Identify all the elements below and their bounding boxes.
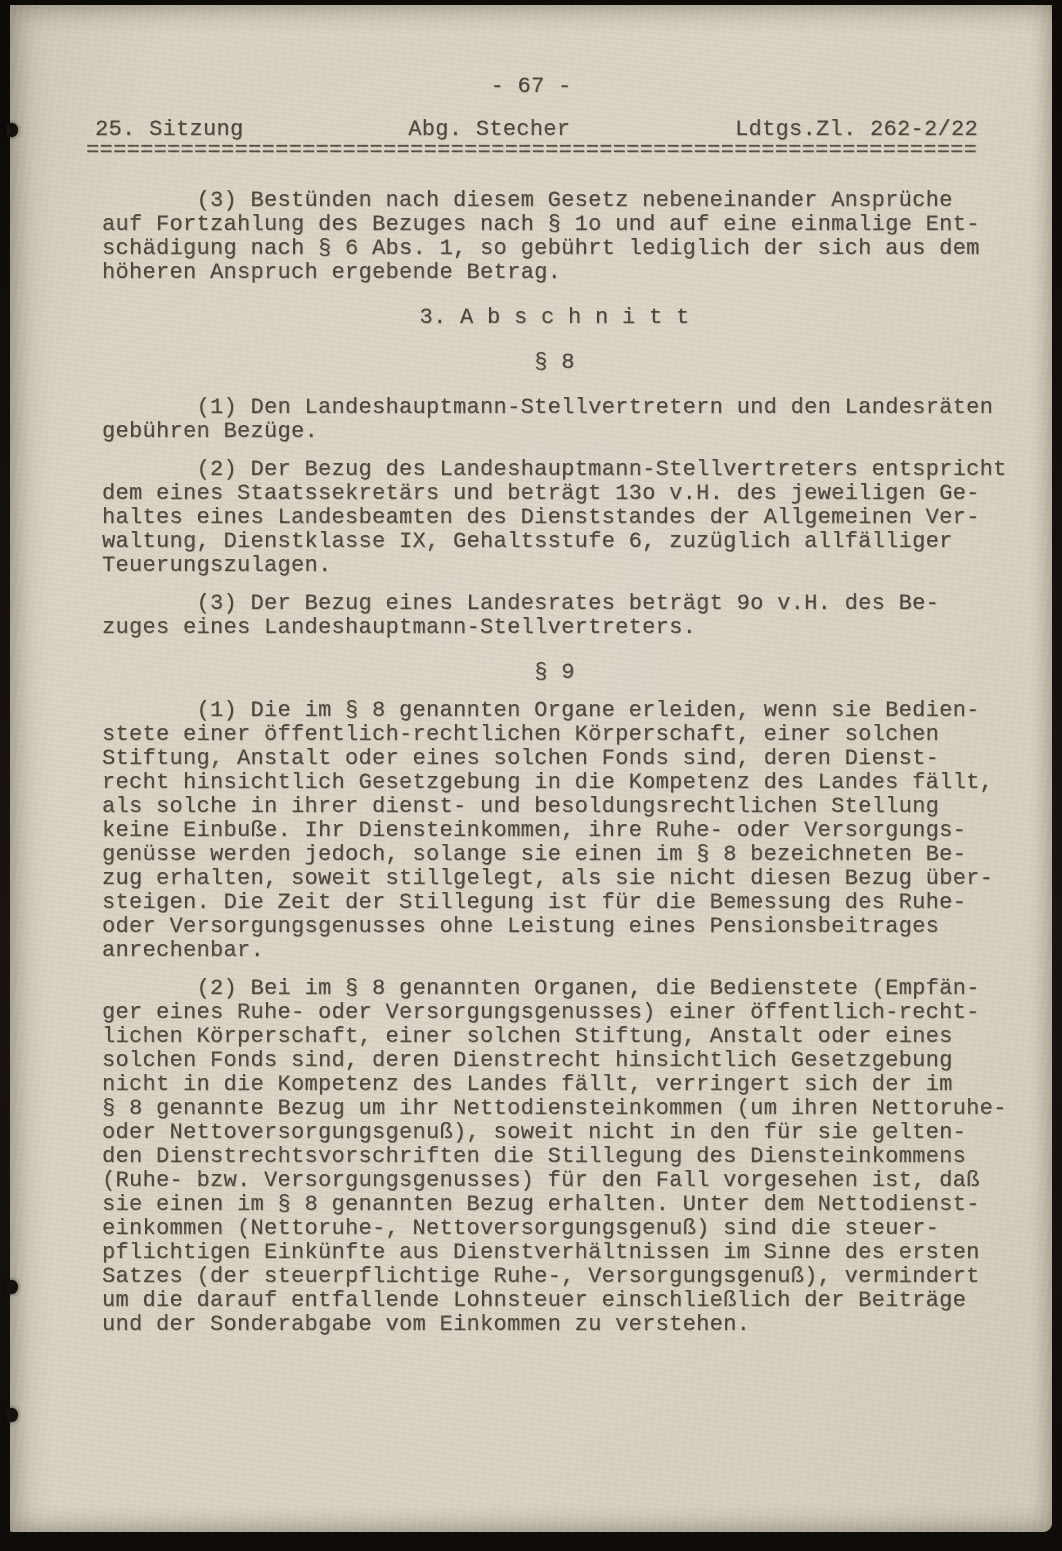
- par8-absatz-1: (1) Den Landeshauptmann-Stellvertretern …: [102, 396, 1007, 444]
- paragraph-abs3-intro: (3) Bestünden nach diesem Gesetz nebenei…: [102, 189, 1007, 285]
- header-session-label: 25. Sitzung: [95, 118, 244, 142]
- page-number: - 67 -: [10, 5, 1052, 99]
- binding-notch: [6, 1280, 18, 1294]
- header-divider-line: ========================================…: [86, 143, 1001, 159]
- par8-absatz-3: (3) Der Bezug eines Landesrates beträgt …: [102, 592, 1007, 640]
- par9-heading: § 9: [102, 661, 1007, 685]
- document-body: (3) Bestünden nach diesem Gesetz nebenei…: [102, 189, 1007, 1337]
- page-header: 25. Sitzung Abg. Stecher Ldtgs.Zl. 262-2…: [10, 118, 1052, 142]
- par9-absatz-1: (1) Die im § 8 genannten Organe erleiden…: [102, 699, 1007, 963]
- par8-heading: § 8: [102, 351, 1007, 375]
- binding-notch: [6, 123, 18, 137]
- scanned-document-page: - 67 - 25. Sitzung Abg. Stecher Ldtgs.Zl…: [0, 0, 1062, 1551]
- par8-absatz-2: (2) Der Bezug des Landeshauptmann-Stellv…: [102, 458, 1007, 578]
- binding-notch: [6, 1408, 18, 1422]
- header-speaker-label: Abg. Stecher: [408, 118, 570, 142]
- section-3-heading: 3. A b s c h n i t t: [102, 306, 1007, 330]
- page-paper: - 67 - 25. Sitzung Abg. Stecher Ldtgs.Zl…: [10, 5, 1052, 1532]
- par9-absatz-2: (2) Bei im § 8 genannten Organen, die Be…: [102, 977, 1007, 1337]
- header-docket-number: Ldtgs.Zl. 262-2/22: [735, 118, 978, 142]
